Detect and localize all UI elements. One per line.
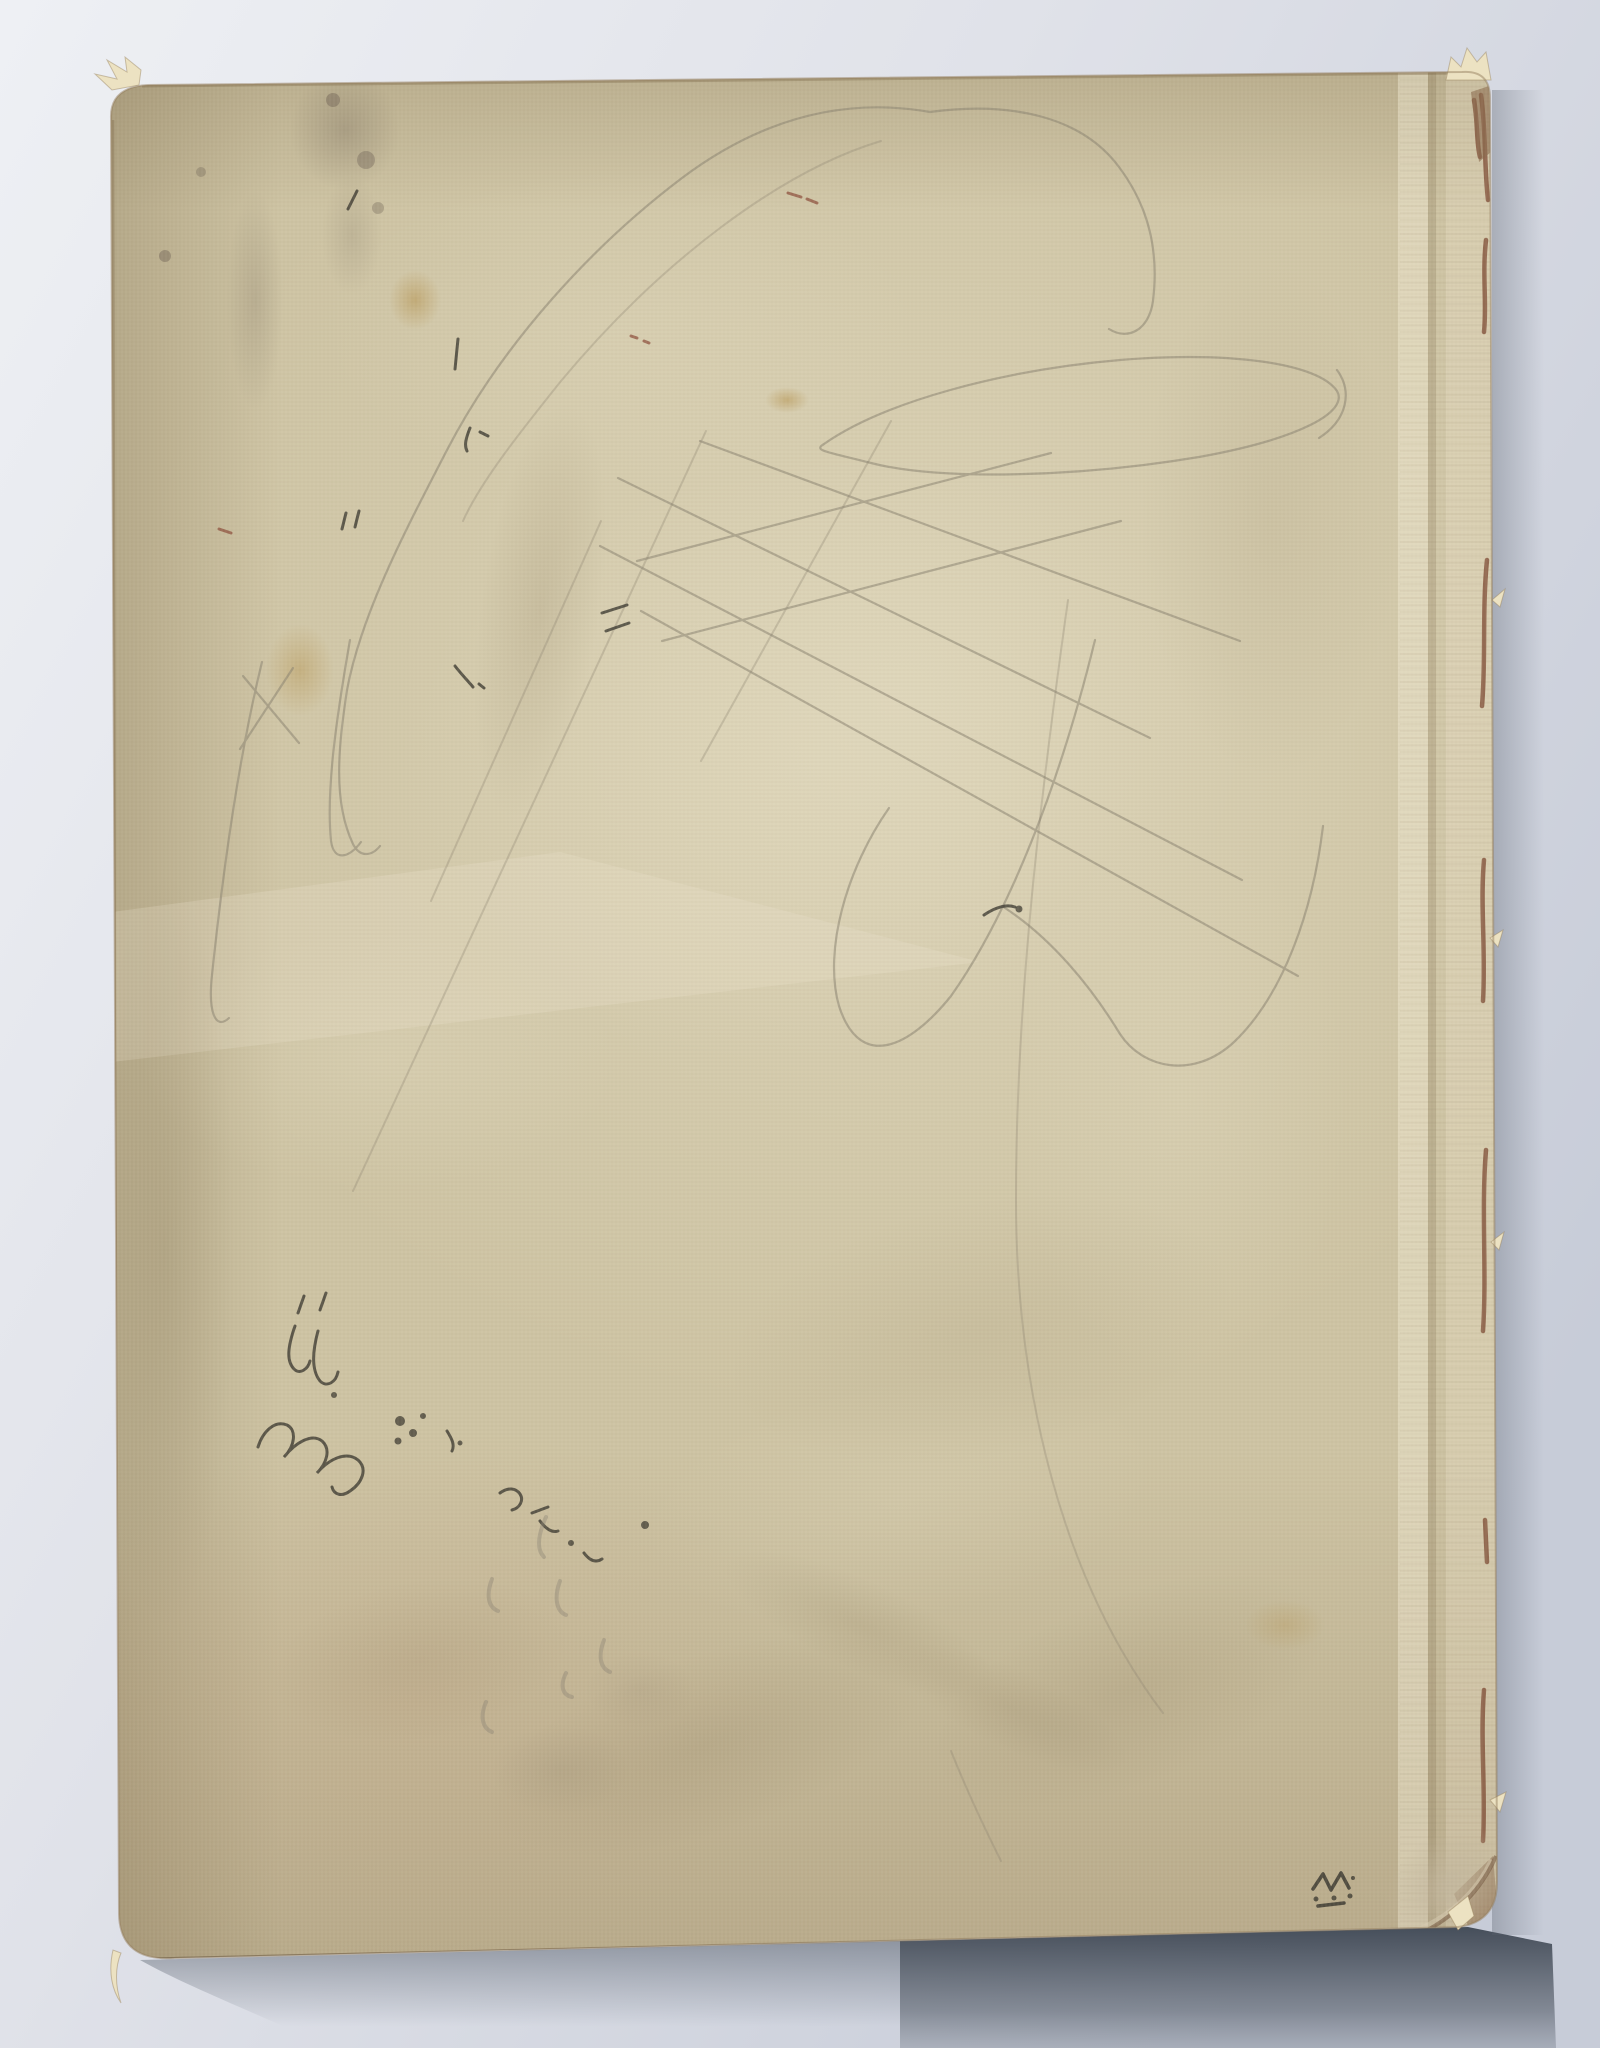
shadow-right [900, 1927, 1556, 2048]
book-photo [0, 0, 1600, 2048]
book [40, 0, 1600, 2003]
linen-weave-texture [111, 72, 1497, 1958]
photo-canvas [0, 0, 1600, 2048]
shadow-right-edge [1492, 90, 1544, 1935]
cover-surface [40, 0, 1600, 1980]
